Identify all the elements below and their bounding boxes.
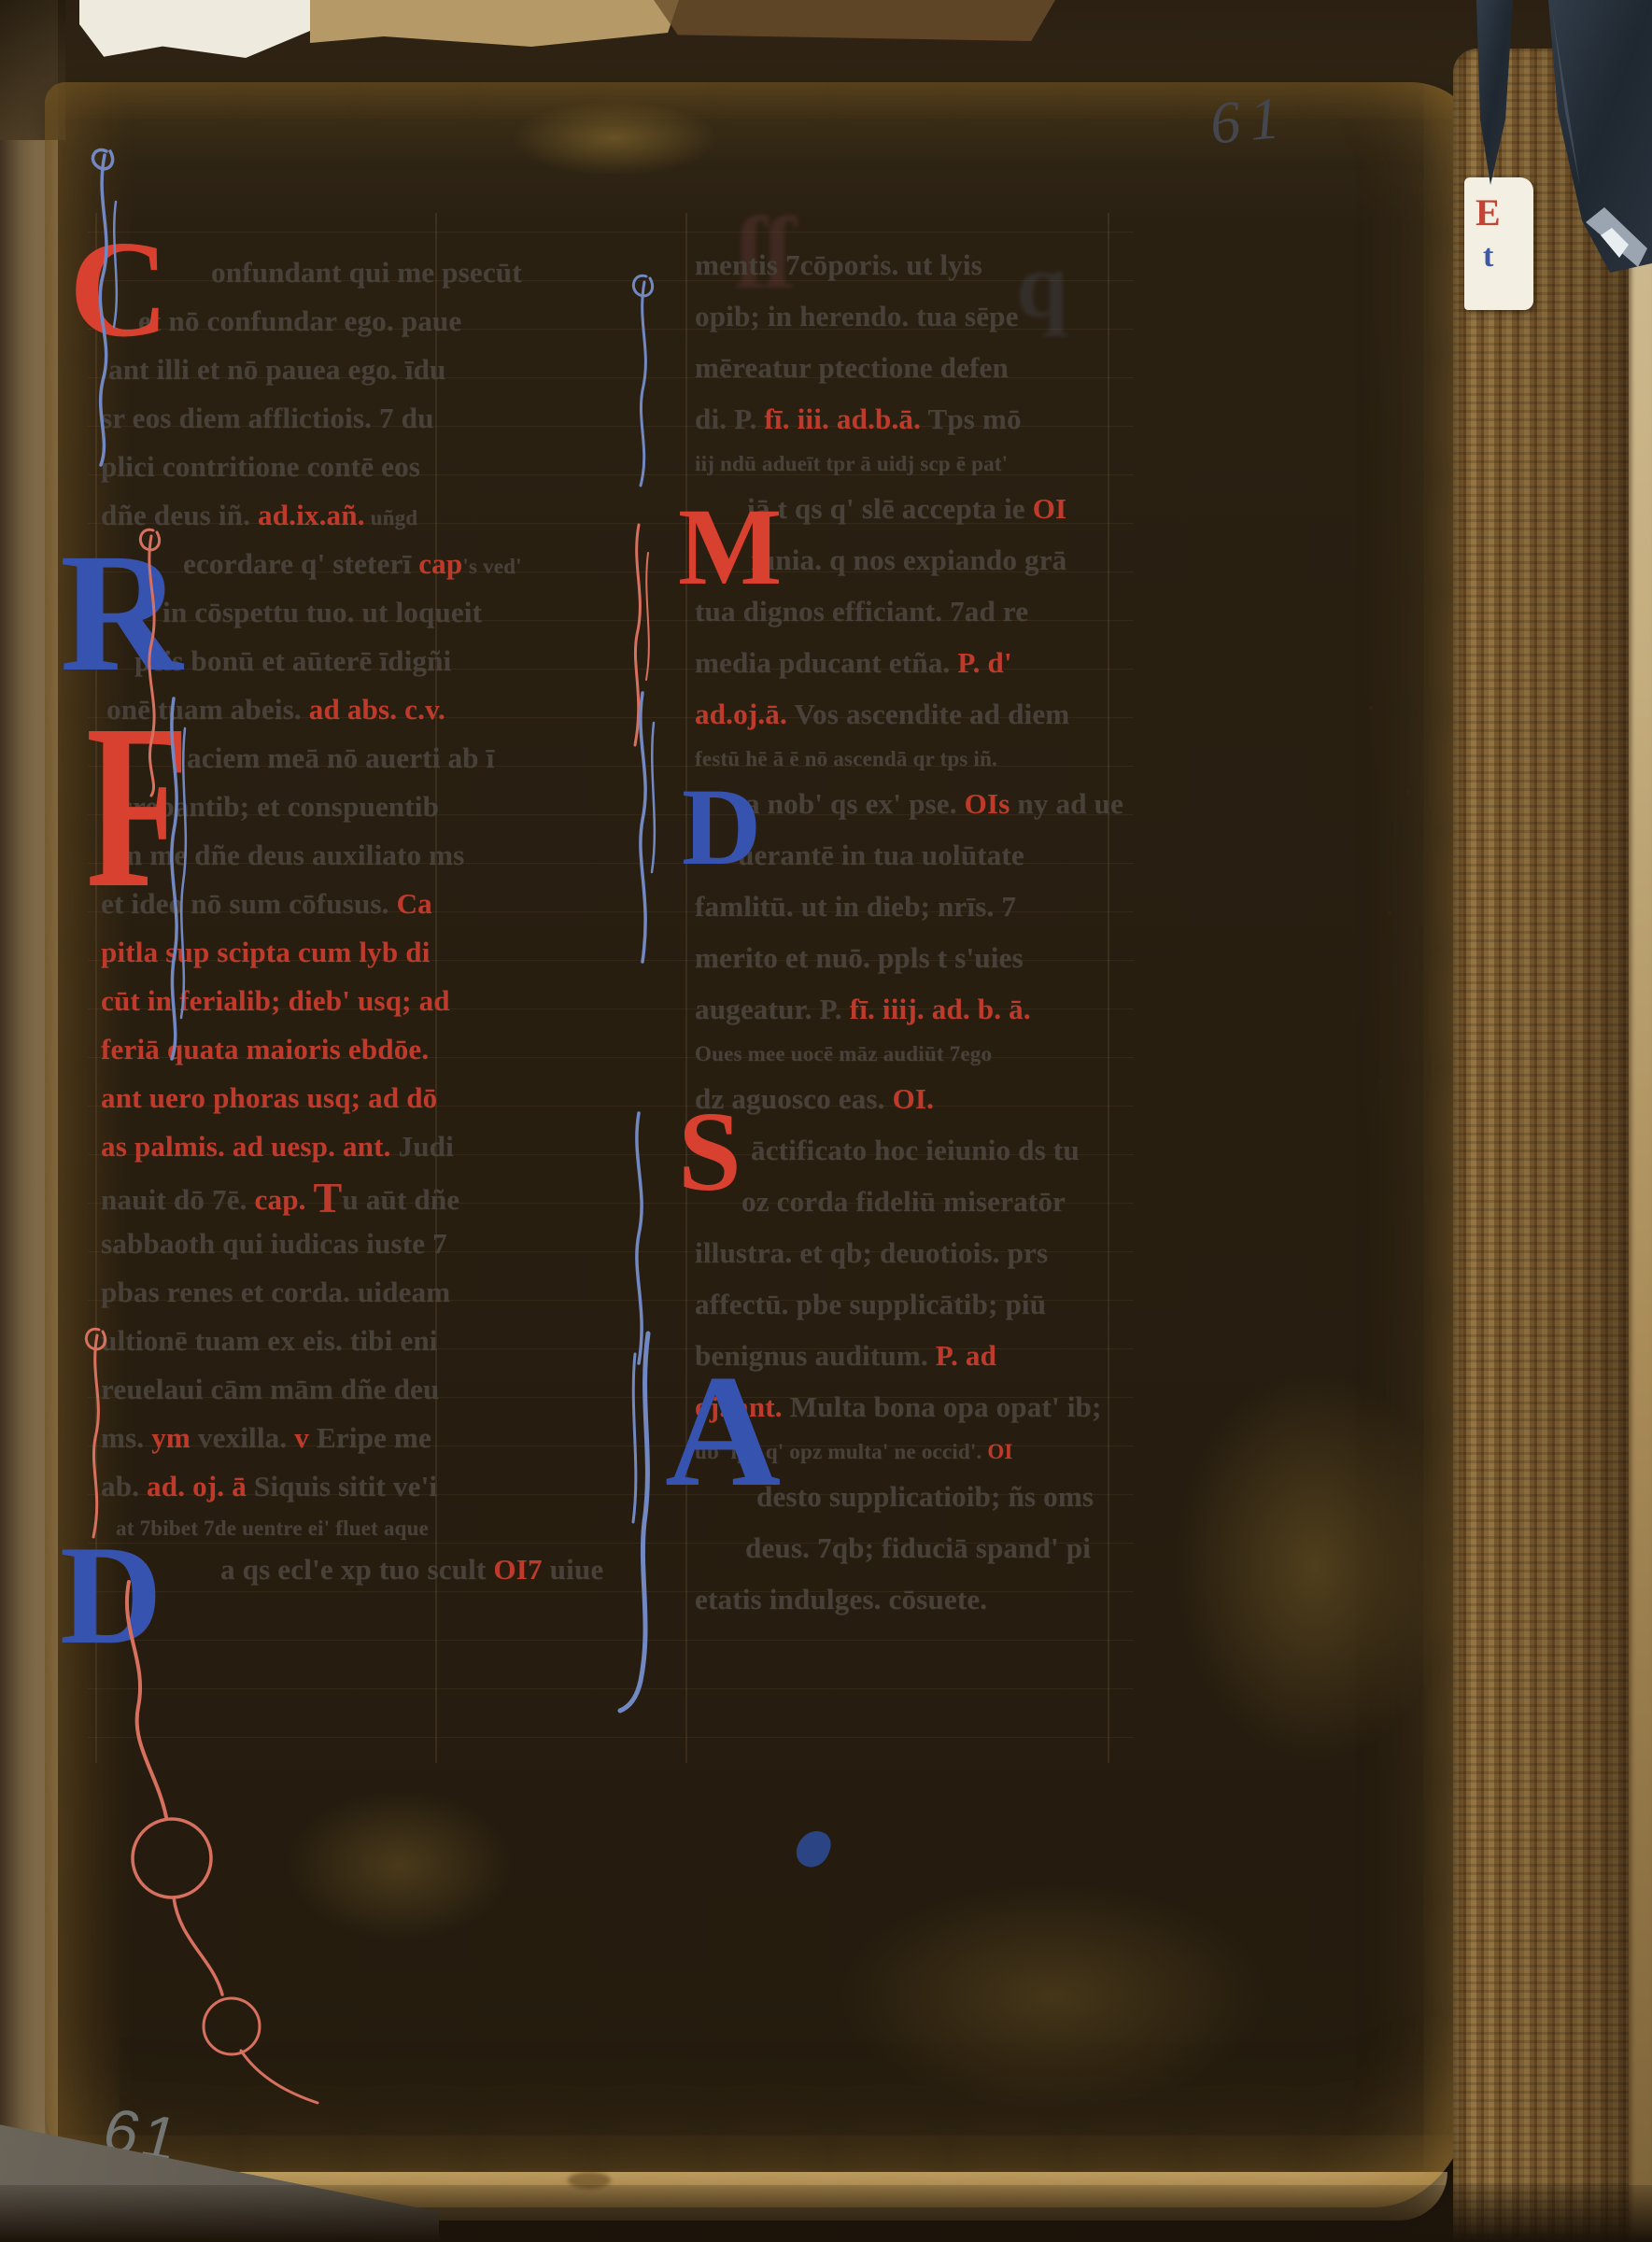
decorated-initial-f: F [86, 706, 190, 906]
body-text: a nob' qs ex' pse. [745, 787, 965, 820]
text-line: ad.oj.ā. Vos ascendite ad diem [695, 688, 1124, 740]
text-line: sr eos diem afflictiois. 7 du [101, 394, 512, 443]
stain [512, 101, 717, 176]
body-text: reuelaui cām mām dñe deu [101, 1373, 439, 1405]
body-text: uiue [543, 1553, 604, 1586]
text-line: affectū. pbe supplicātib; piū [695, 1278, 1124, 1330]
decorated-initial-m: M [678, 501, 782, 594]
body-text: ultionē tuam ex eis. tibi eni [101, 1324, 438, 1357]
body-text: ny ad ue [1010, 787, 1123, 820]
photograph: ſſ q 61 onfundant qui me psecūtet nō con… [0, 0, 1652, 2242]
body-text: uerantē in tua uolūtate [738, 839, 1024, 871]
ink-blot [792, 1826, 835, 1871]
rubric-text: P. d' [957, 646, 1011, 679]
body-text: Tps mō [927, 402, 1021, 435]
text-line: reuelaui cām mām dñe deu [101, 1365, 512, 1414]
text-line: a qs ecl'e xp tuo scult OI7 uiue [101, 1545, 512, 1594]
body-text: Judi [399, 1130, 454, 1163]
text-line: at 7bibet 7de uentre ei' fluet aque [101, 1511, 512, 1545]
body-text: onfundant qui me psecūt [211, 256, 522, 289]
body-text: famlitū. ut in dieb; nrīs. 7 [695, 890, 1016, 923]
decorated-initial-a: A [665, 1363, 781, 1500]
text-line: illustra. et qb; deuotiois. prs [695, 1227, 1124, 1278]
edge-speckles [1352, 680, 1455, 1203]
text-line: as palmis. ad uesp. ant. Judi [101, 1122, 512, 1171]
decorated-initial-d: D [60, 1535, 162, 1656]
rubric-text: ad.oj.ā. [695, 698, 794, 730]
rubric-text: cap. [255, 1183, 314, 1216]
text-line: ab. ad. oj. ā Siquis sitit ve'i [101, 1462, 512, 1511]
paper-fragment-brown [654, 0, 1055, 41]
text-line: mentis 7cōporis. ut lyis [695, 239, 1124, 290]
rubric-text: fī. iiij. ad. b. ā. [850, 993, 1031, 1025]
body-text: mēreatur ptectione defen [695, 351, 1009, 384]
body-text: ecordare q' steterī [183, 547, 418, 580]
body-text: uñgd [365, 506, 418, 529]
text-line: pbas renes et corda. uideam [101, 1268, 512, 1317]
text-line: famlitū. ut in dieb; nrīs. 7 [695, 881, 1124, 932]
text-line: merito et nuō. ppls t s'uies [695, 932, 1124, 983]
body-text: iunia. q nos expiando grā [751, 543, 1066, 576]
rubric-text: OIs [965, 787, 1010, 820]
decorated-initial-d2: D [682, 781, 761, 874]
body-text: u aūt dñe [342, 1183, 459, 1216]
body-text: āctificato hoc ieiunio ds tu [751, 1134, 1080, 1166]
text-line: plici contritione contē eos [101, 443, 512, 491]
body-text: affectū. pbe supplicātib; piū [695, 1288, 1046, 1320]
body-text: Vos ascendite ad diem [794, 698, 1069, 730]
rubric-text: OI [1033, 492, 1067, 525]
text-line: mēreatur ptectione defen [695, 342, 1124, 393]
body-text: oz corda fideliū miseratōr [741, 1185, 1066, 1218]
body-text: iā t qs q' slē accepta ie [747, 492, 1033, 525]
body-text: augeatur. P. [695, 993, 850, 1025]
text-line: Oues mee uocē māz audiūt 7ego [695, 1035, 1124, 1073]
stain [1175, 1371, 1455, 1763]
folio-number: 61 [1207, 82, 1292, 158]
body-text: media pducant etña. [695, 646, 957, 679]
rubric-text: OI7 [493, 1553, 542, 1586]
decorated-initial-s: S [678, 1104, 741, 1201]
text-line: cūt in ferialib; dieb' usq; ad [101, 977, 512, 1025]
rubric-text: feriā quata maioris ebdōe. [101, 1033, 429, 1065]
rubric-text: ym [151, 1421, 198, 1454]
metal-clip [1455, 0, 1652, 317]
stain [288, 1791, 512, 1940]
body-text: Multa bona opa opat' ib; [790, 1390, 1102, 1423]
rubric-text: pitla sup scipta cum lyb di [101, 936, 431, 968]
text-line: opib; in herendo. tua sēpe [695, 290, 1124, 342]
body-text: plici contritione contē eos [101, 450, 420, 483]
body-text: illustra. et qb; deuotiois. prs [695, 1236, 1048, 1269]
manuscript-page: ſſ q 61 onfundant qui me psecūtet nō con… [45, 82, 1476, 2207]
body-text: mentis 7cōporis. ut lyis [695, 248, 982, 281]
body-text: a qs ecl'e xp tuo scult [220, 1553, 493, 1586]
text-line: āctificato hoc ieiunio ds tu [695, 1124, 1124, 1176]
stain [839, 1884, 1268, 2108]
text-line: iij ndū adueīt tpr ā uidj scp ē pat' [695, 444, 1124, 483]
text-line: dz aguosco eas. OI. [695, 1073, 1124, 1124]
body-text: iij ndū adueīt tpr ā uidj scp ē pat' [695, 452, 1008, 475]
rubric-text: Ca [397, 887, 432, 920]
rubric-text: cūt in ferialib; dieb' usq; ad [101, 984, 450, 1017]
text-line: nauit dō 7ē. cap. Tu aūt dñe [101, 1171, 512, 1220]
decorated-initial-c: C [69, 232, 169, 349]
rubric-text: cap [418, 547, 462, 580]
text-line: di. P. fī. iii. ad.b.ā. Tps mō [695, 393, 1124, 444]
body-text: merito et nuō. ppls t s'uies [695, 941, 1024, 974]
body-text: di. P. [695, 402, 764, 435]
text-line: oz corda fideliū miseratōr [695, 1176, 1124, 1227]
rubric-text: fī. iii. ad.b.ā. [764, 402, 927, 435]
body-text: nauit dō 7ē. [101, 1183, 255, 1216]
body-text: Oues mee uocē māz audiūt 7ego [695, 1042, 992, 1065]
body-text: ms. [101, 1421, 151, 1454]
fore-edge [1453, 49, 1631, 2242]
body-text: 's ved' [462, 555, 521, 578]
rubric-text: as palmis. ad uesp. ant. [101, 1130, 399, 1163]
body-text: pbas renes et corda. uideam [101, 1276, 450, 1308]
body-text: aciem meā nō auerti ab ī [187, 741, 494, 774]
rubric-text: T [314, 1174, 343, 1221]
text-line: etatis indulges. cōsuete. [695, 1573, 1124, 1625]
bottom-shadow [0, 2185, 1652, 2242]
rubric-text: ant uero phoras usq; ad dō [101, 1081, 437, 1114]
body-text: opib; in herendo. tua sēpe [695, 300, 1019, 332]
body-text: Siquis sitit ve'i [254, 1470, 437, 1502]
body-text: at 7bibet 7de uentre ei' fluet aque [116, 1516, 429, 1540]
body-text: etatis indulges. cōsuete. [695, 1583, 987, 1615]
decorated-initial-r: R [60, 542, 182, 686]
text-line: ant uero phoras usq; ad dō [101, 1074, 512, 1122]
body-text: sr eos diem afflictiois. 7 du [101, 402, 434, 434]
body-text: et nō confundar ego. paue [138, 304, 461, 337]
rubric-text: P. ad [936, 1339, 996, 1372]
ruling-vertical [685, 213, 687, 1763]
rubric-text: ad.ix.añ. [258, 499, 365, 531]
body-text: Eripe me [317, 1421, 431, 1454]
rubric-text: OI. [893, 1082, 935, 1115]
text-line: sabbaoth qui iudicas iuste 7 [101, 1220, 512, 1268]
body-text: desto supplicatioib; ñs oms [756, 1480, 1094, 1513]
rubric-text: OI [987, 1440, 1012, 1463]
body-text: deus. 7qb; fiduciā spand' pi [745, 1531, 1091, 1564]
text-line: media pducant etña. P. d' [695, 637, 1124, 688]
adjacent-paper-edge [1629, 0, 1652, 2242]
text-line: ms. ym vexilla. v Eripe me [101, 1414, 512, 1462]
rubric-text: ad abs. c.v. [309, 693, 445, 726]
body-text: vexilla. [198, 1421, 294, 1454]
rubric-text: v [294, 1421, 317, 1454]
body-text: ab. [101, 1470, 147, 1502]
text-line: ultionē tuam ex eis. tibi eni [101, 1317, 512, 1365]
body-text: sabbaoth qui iudicas iuste 7 [101, 1227, 447, 1260]
rubric-text: ad. oj. ā [147, 1470, 254, 1502]
text-line: feriā quata maioris ebdōe. [101, 1025, 512, 1074]
text-line: augeatur. P. fī. iiij. ad. b. ā. [695, 983, 1124, 1035]
body-text: in cōspettu tuo. ut loqueit [162, 596, 482, 628]
text-line: deus. 7qb; fiduciā spand' pi [695, 1522, 1124, 1573]
